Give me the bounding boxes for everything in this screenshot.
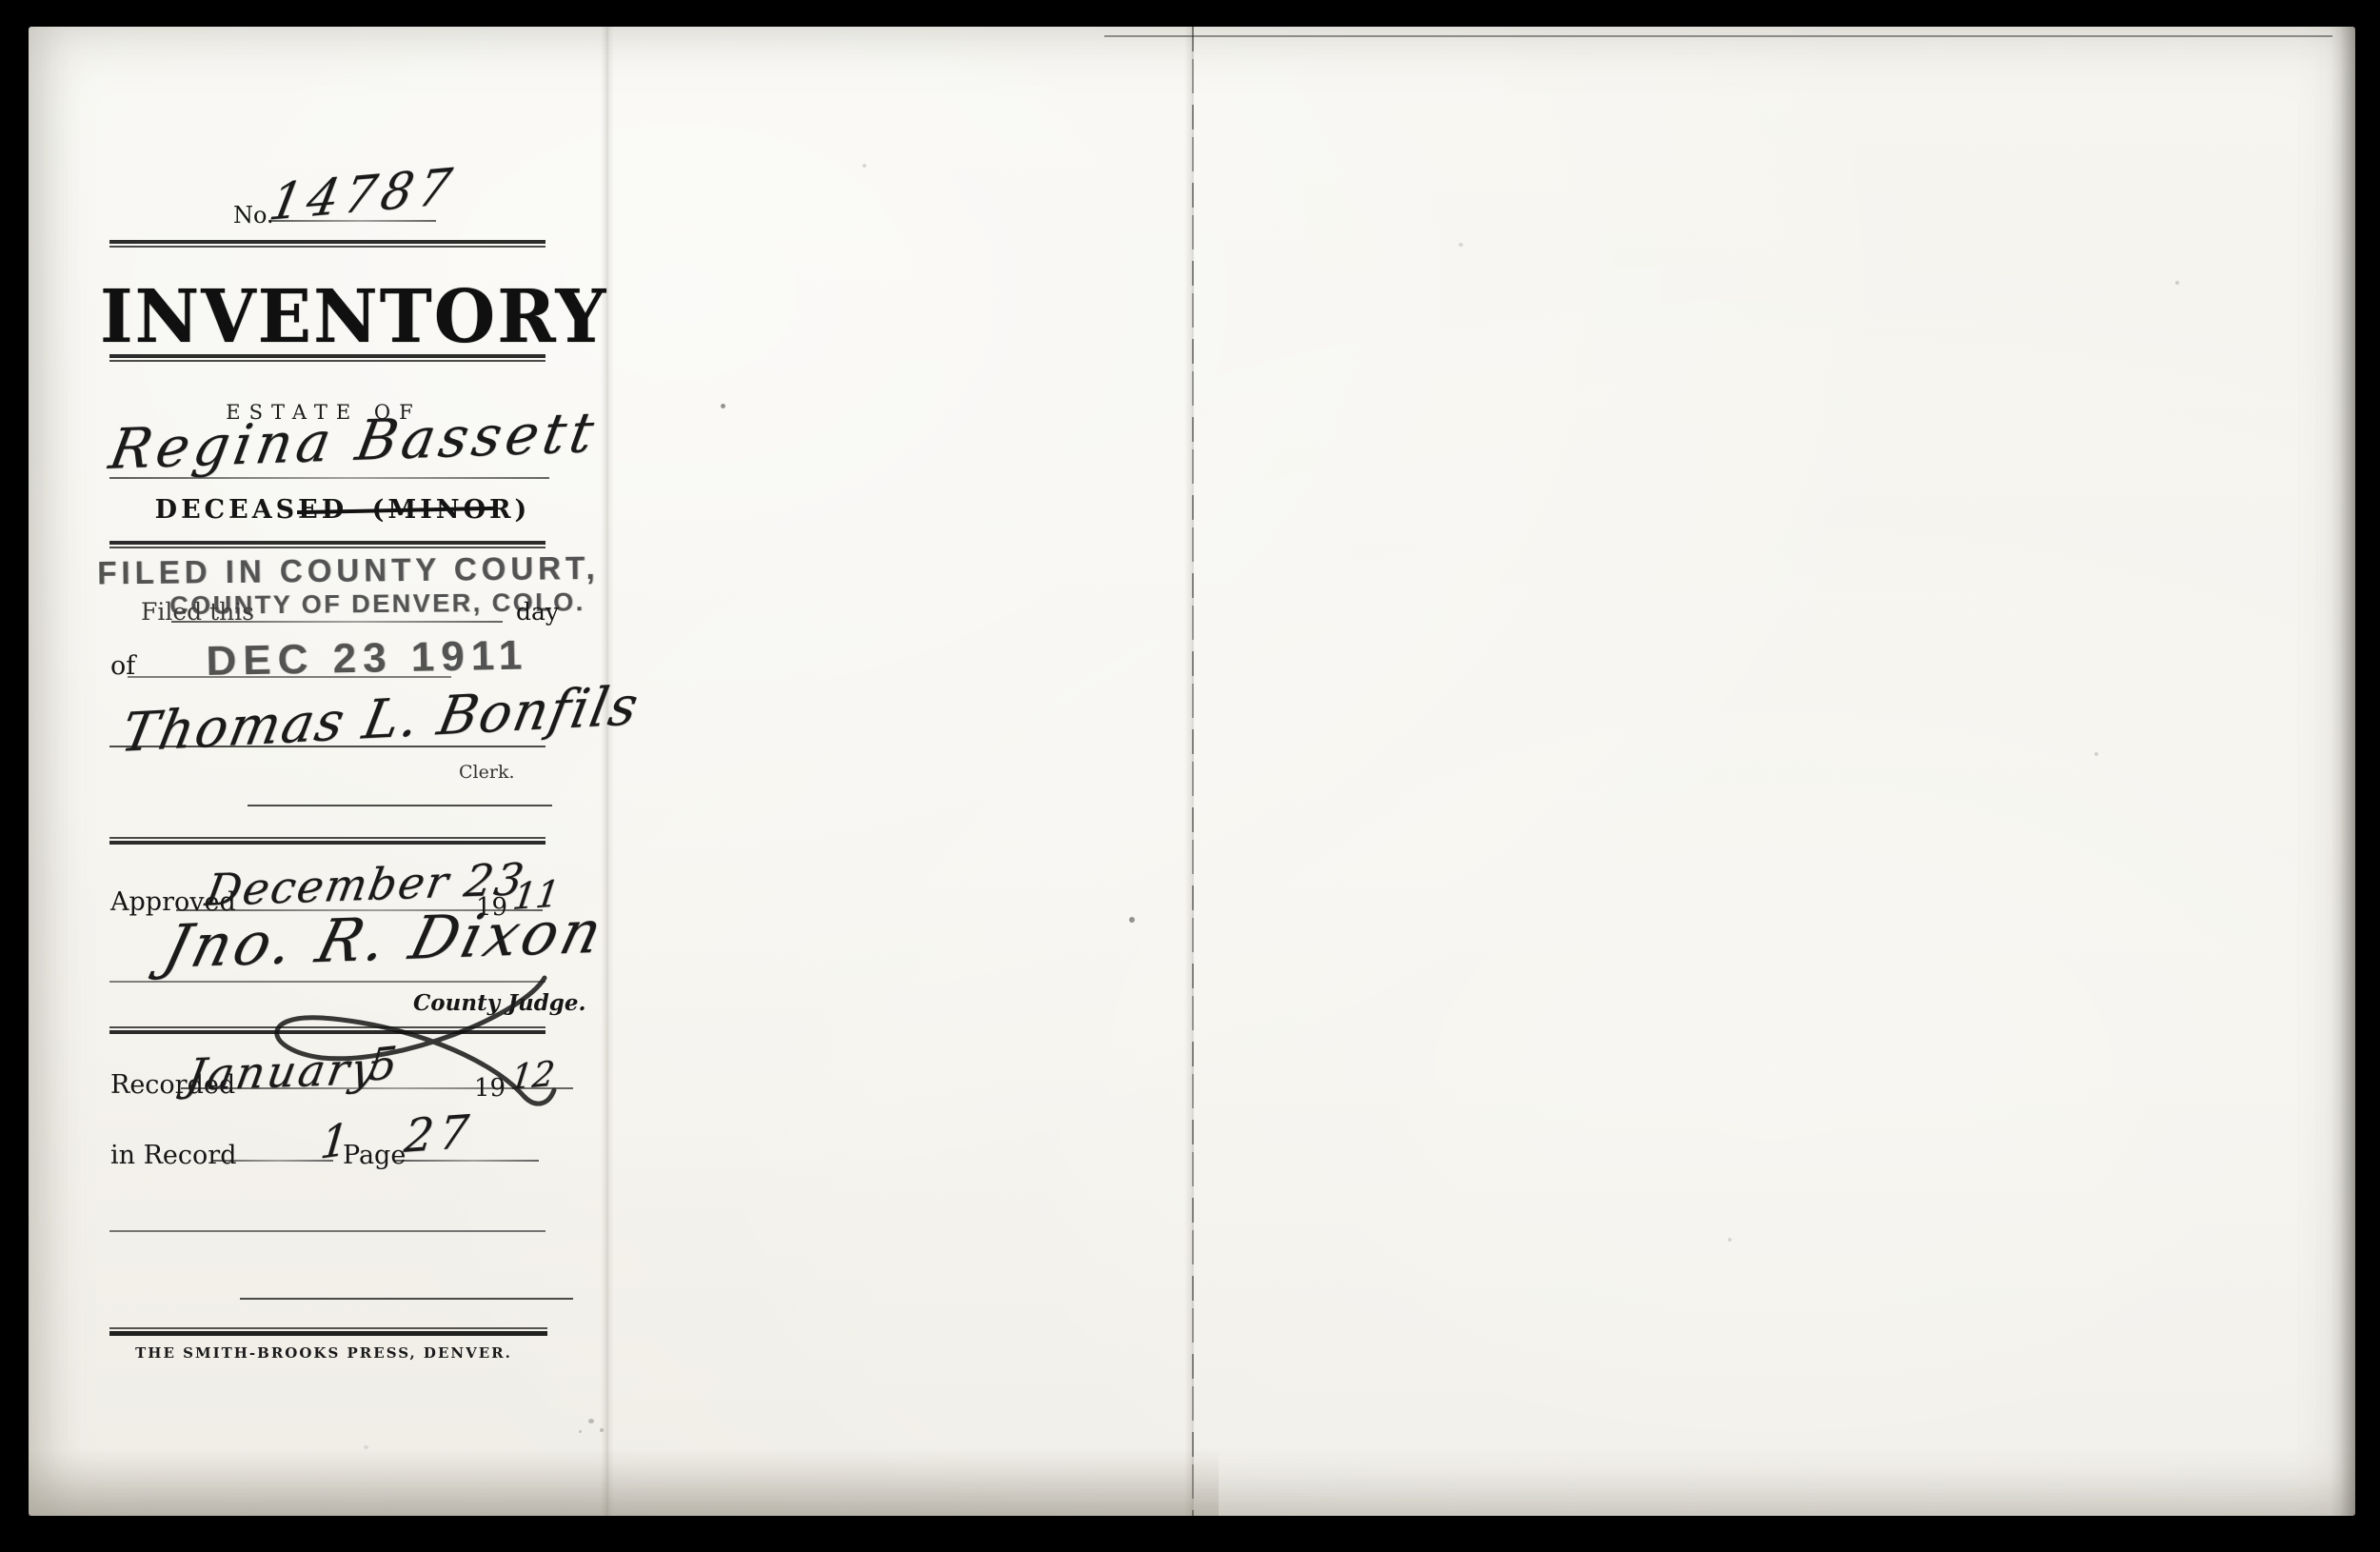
spare-line bbox=[248, 805, 552, 806]
scan-speckle bbox=[1728, 1238, 1732, 1242]
scan-speckle bbox=[1458, 243, 1463, 247]
scan-speckle bbox=[1129, 917, 1135, 923]
right-page-edge bbox=[2330, 27, 2355, 1516]
filed-court-stamp: FILED IN COUNTY COURT, bbox=[97, 548, 600, 591]
scan-speckle bbox=[600, 1428, 604, 1432]
paper-sheet: No. 14787 INVENTORY ESTATE OF Regina Bas… bbox=[29, 27, 2355, 1516]
scan-speckle bbox=[2094, 752, 2098, 756]
blank-rule bbox=[109, 1230, 545, 1232]
bottom-double-rule bbox=[109, 1327, 547, 1336]
recorded-year-handwritten: 12 bbox=[508, 1054, 557, 1098]
clerk-signature-line bbox=[109, 746, 545, 747]
name-underline bbox=[109, 477, 549, 479]
scanned-document: No. 14787 INVENTORY ESTATE OF Regina Bas… bbox=[0, 0, 2380, 1552]
scan-speckle bbox=[588, 1419, 594, 1423]
blank-rule-short bbox=[240, 1298, 573, 1300]
clerk-label: Clerk. bbox=[459, 762, 515, 783]
case-number-underline bbox=[268, 220, 436, 222]
day-label: day bbox=[516, 598, 559, 626]
rule-below-deceased bbox=[109, 541, 545, 548]
printer-imprint: THE SMITH-BROOKS PRESS, DENVER. bbox=[100, 1344, 547, 1362]
rule-section-approved bbox=[109, 837, 545, 845]
scan-speckle bbox=[2175, 281, 2179, 285]
rule-below-title bbox=[109, 354, 545, 362]
filed-line bbox=[171, 621, 503, 623]
page-label: Page bbox=[343, 1141, 406, 1170]
recorded-line bbox=[181, 1087, 573, 1089]
document-title: INVENTORY bbox=[100, 274, 547, 359]
scan-speckle bbox=[364, 1445, 368, 1449]
bottom-scan-smudge bbox=[29, 1449, 1219, 1516]
in-record-label: in Record bbox=[110, 1141, 236, 1170]
page-number-line bbox=[394, 1160, 539, 1162]
of-line bbox=[128, 676, 451, 678]
scan-speckle bbox=[579, 1430, 582, 1433]
recorded-month-handwritten: January bbox=[183, 1043, 384, 1101]
scan-speckle bbox=[721, 404, 725, 408]
left-fold-crease bbox=[601, 27, 614, 1516]
record-number-line bbox=[211, 1160, 333, 1162]
top-page-edge bbox=[1104, 35, 2332, 37]
page-number-handwritten: 27 bbox=[402, 1104, 477, 1164]
judge-signature: Jno. R. Dixon bbox=[157, 896, 612, 982]
scan-speckle bbox=[863, 164, 866, 168]
clerk-signature: Thomas L. Bonfils bbox=[116, 675, 645, 765]
center-fold-crease bbox=[1184, 27, 1201, 1516]
rule-above-title bbox=[109, 240, 545, 248]
rule-section-recorded bbox=[109, 1026, 545, 1034]
recorded-day-handwritten: 5 bbox=[367, 1036, 399, 1091]
